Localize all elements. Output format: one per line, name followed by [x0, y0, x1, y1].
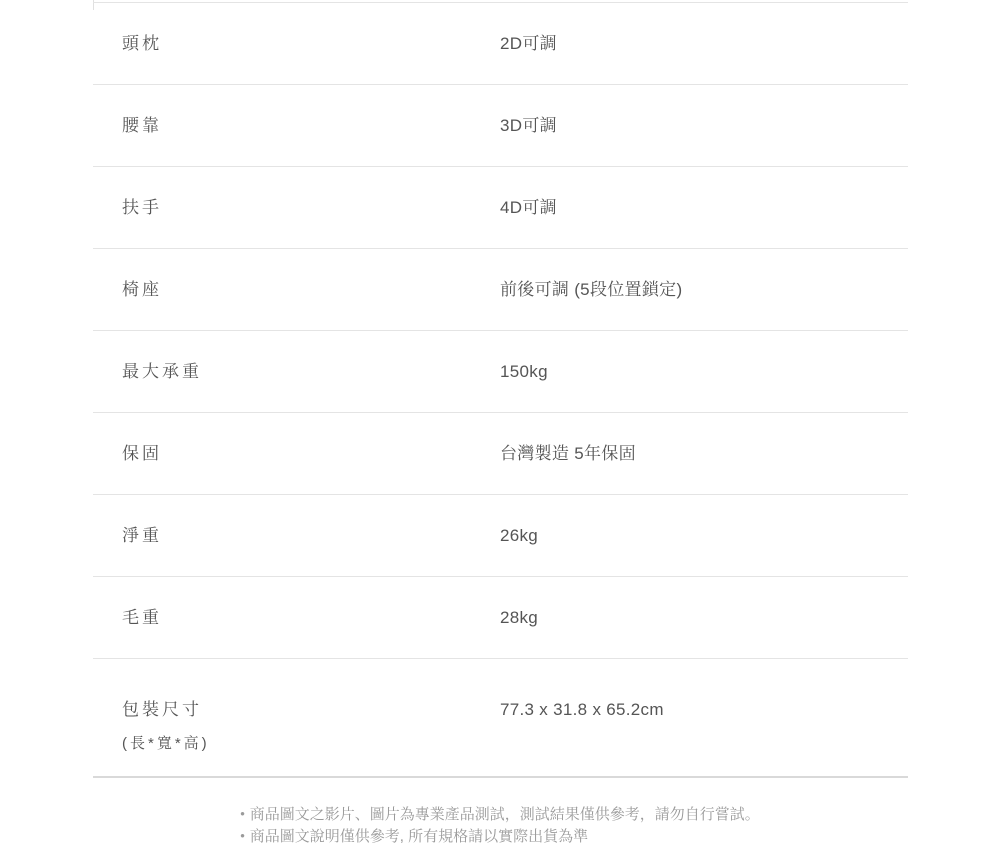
spec-table-row: 頭枕 2D可調	[93, 3, 908, 85]
spec-label: 扶手	[122, 195, 500, 220]
bullet-icon: •	[240, 825, 245, 846]
spec-table-row: 毛重 28kg	[93, 577, 908, 659]
footnote-line: •商品圖文之影片、圖片為專業產品測試，測試結果僅供參考，請勿自行嘗試。	[240, 803, 760, 825]
spec-label-cell: 毛重	[93, 605, 500, 630]
spec-label-cell: 扶手	[93, 195, 500, 220]
spec-label: 腰靠	[122, 113, 500, 138]
spec-label: 頭枕	[122, 31, 500, 56]
spec-value: 28kg	[500, 605, 538, 630]
spec-value: 4D可調	[500, 195, 557, 220]
spec-table-row: 最大承重 150kg	[93, 331, 908, 413]
spec-label: 毛重	[122, 605, 500, 630]
spec-label: 最大承重	[122, 359, 500, 384]
spec-label: 淨重	[122, 523, 500, 548]
spec-table-row: 保固 台灣製造 5年保固	[93, 413, 908, 495]
spec-label-cell: 淨重	[93, 523, 500, 548]
disclaimer-footnotes-inner: •商品圖文之影片、圖片為專業產品測試，測試結果僅供參考，請勿自行嘗試。 •商品圖…	[240, 803, 760, 847]
spec-value: 3D可調	[500, 113, 557, 138]
spec-label-cell: 頭枕	[93, 31, 500, 56]
spec-value: 2D可調	[500, 31, 557, 56]
footnote-text: 商品圖文說明僅供參考, 所有規格請以實際出貨為準	[250, 828, 588, 845]
spec-value: 150kg	[500, 359, 548, 384]
spec-value: 前後可調 (5段位置鎖定)	[500, 277, 682, 302]
spec-label: 保固	[122, 441, 500, 466]
spec-label: 包裝尺寸	[122, 697, 500, 722]
spec-table-row: 淨重 26kg	[93, 495, 908, 577]
spec-label-cell: 椅座	[93, 277, 500, 302]
spec-label: 椅座	[122, 277, 500, 302]
spec-label-sub: (長*寬*高)	[122, 733, 500, 755]
spec-value: 77.3 x 31.8 x 65.2cm	[500, 697, 664, 722]
spec-value: 台灣製造 5年保固	[500, 441, 636, 466]
spec-value: 26kg	[500, 523, 538, 548]
footnote-text: 商品圖文之影片、圖片為專業產品測試，測試結果僅供參考，請勿自行嘗試。	[250, 806, 760, 823]
spec-table-row: 椅座 前後可調 (5段位置鎖定)	[93, 249, 908, 331]
spec-label-cell: 最大承重	[93, 359, 500, 384]
spec-table-row: 扶手 4D可調	[93, 167, 908, 249]
bullet-icon: •	[240, 803, 245, 824]
disclaimer-footnotes: •商品圖文之影片、圖片為專業產品測試，測試結果僅供參考，請勿自行嘗試。 •商品圖…	[0, 803, 1000, 847]
spec-table-row: 包裝尺寸 (長*寬*高) 77.3 x 31.8 x 65.2cm	[93, 659, 908, 778]
spec-label-cell: 包裝尺寸 (長*寬*高)	[93, 697, 500, 755]
spec-label-cell: 保固	[93, 441, 500, 466]
spec-label-cell: 腰靠	[93, 113, 500, 138]
spec-table-row: 腰靠 3D可調	[93, 85, 908, 167]
product-spec-table: 頭枕 2D可調 腰靠 3D可調 扶手 4D可調 椅座 前後可調 (5段位置鎖定)	[93, 2, 908, 778]
footnote-line: •商品圖文說明僅供參考, 所有規格請以實際出貨為準	[240, 825, 760, 847]
